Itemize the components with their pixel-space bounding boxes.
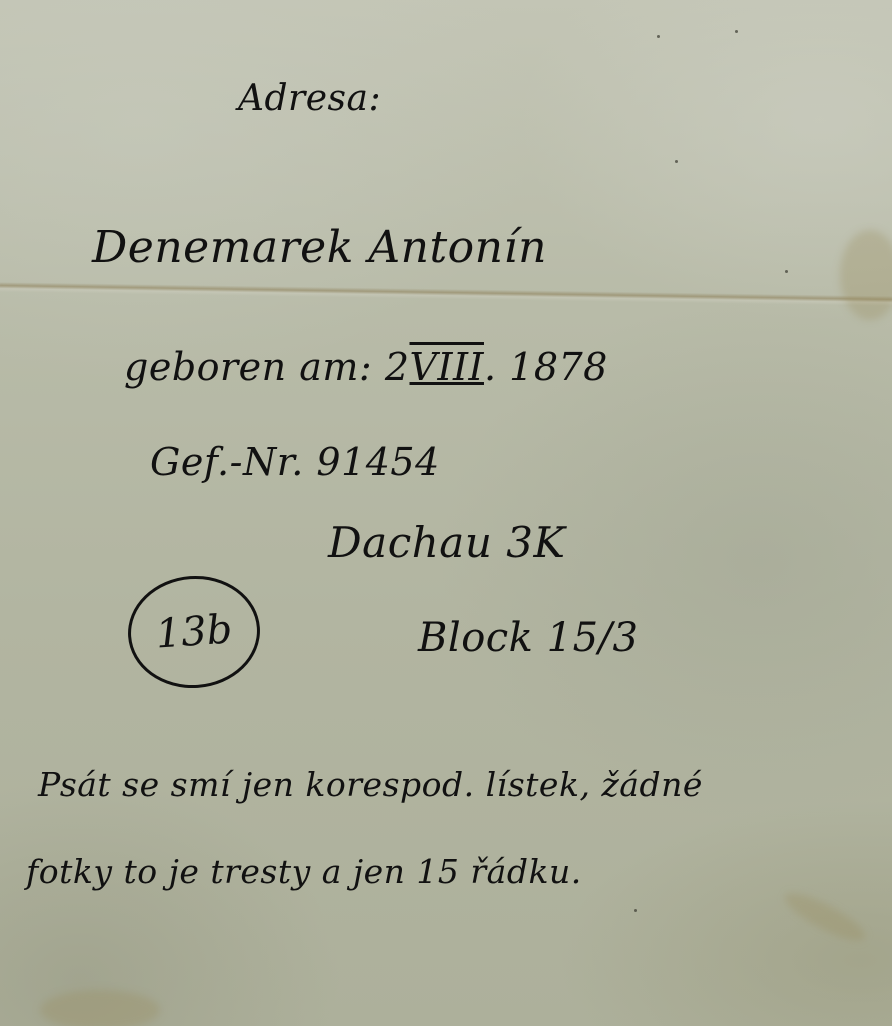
prisoner-label: Gef.-Nr. xyxy=(150,440,304,484)
paper-speck xyxy=(785,270,788,273)
prisoner-number-line: Gef.-Nr. 91454 xyxy=(150,440,440,484)
block-number: Block 15/3 xyxy=(418,615,638,661)
person-name: Denemarek Antonín xyxy=(92,222,547,273)
birth-day: 2 xyxy=(385,345,410,389)
birth-month: VIII xyxy=(410,345,484,389)
birth-date-line: geboren am: 2VIII. 1878 xyxy=(124,345,608,389)
paper-speck xyxy=(675,160,678,163)
paper-stain xyxy=(40,990,160,1026)
birth-label: geboren am: xyxy=(124,345,372,389)
paper-speck xyxy=(657,35,660,38)
birth-year: 1878 xyxy=(509,345,608,389)
paper-stain xyxy=(840,230,892,320)
paper-speck xyxy=(735,30,738,33)
circled-mark-text: 13b xyxy=(154,606,234,657)
note-line-2: fotky to je tresty a jen 15 řádku. xyxy=(26,852,582,891)
paper-speck xyxy=(634,909,637,912)
prisoner-number: 91454 xyxy=(316,440,439,484)
camp-name: Dachau 3K xyxy=(328,518,565,567)
address-header: Adresa: xyxy=(238,78,381,119)
note-line-1: Psát se smí jen korespod. lístek, žádné xyxy=(38,765,703,804)
